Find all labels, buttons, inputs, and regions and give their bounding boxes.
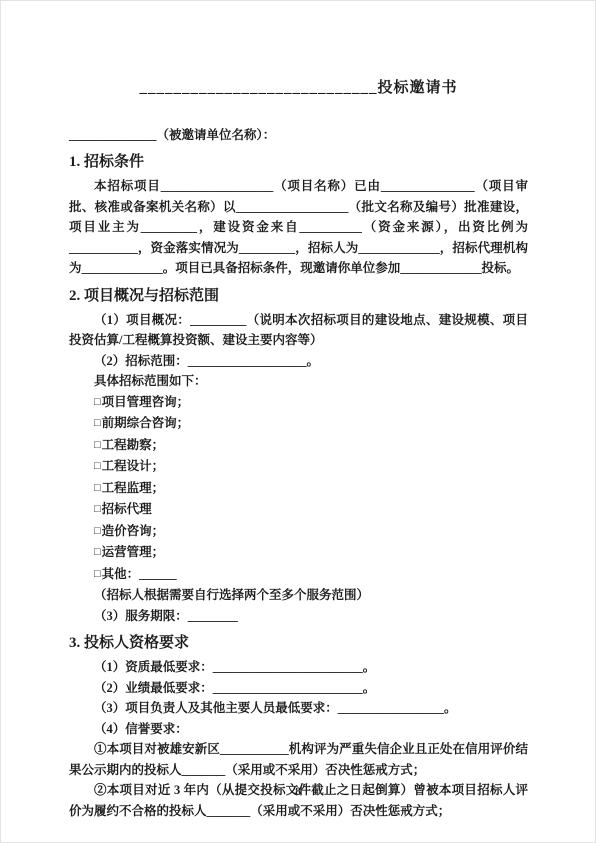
page-number: 8: [1, 786, 595, 798]
para-credit-clause-1: ①本项目对被雄安新区___________机构评为严重失信企业且正处在信用评价结…: [69, 739, 528, 780]
para-scope-intro: 具体招标范围如下：: [69, 371, 528, 392]
scope-option-engineering-survey: □工程勘察；: [94, 435, 528, 457]
title-text: 投标邀请书: [377, 80, 457, 96]
scope-option-label: 前期综合咨询；: [102, 416, 190, 430]
heading-bidder-qualifications: 3. 投标人资格要求: [69, 633, 528, 654]
heading-project-overview: 2. 项目概况与招标范围: [69, 286, 528, 307]
para-personnel-minimum: （3）项目负责人及其他主要人员最低要求：_________________。: [69, 698, 528, 719]
scope-option-label: 项目管理咨询；: [102, 395, 190, 409]
checkbox-icon: □: [94, 435, 101, 456]
salutation-text: （被邀请单位名称）：: [157, 128, 276, 142]
scope-option-operations-management: □运营管理；: [94, 542, 528, 564]
scope-option-label: 工程设计；: [102, 459, 165, 473]
scope-option-other: □其他：______: [94, 564, 528, 586]
checkbox-icon: □: [94, 521, 101, 542]
checkbox-icon: □: [94, 564, 101, 585]
scope-option-label: 其他：______: [102, 567, 177, 581]
para-reputation-requirement: （4）信誉要求：: [69, 719, 528, 740]
heading-bidding-conditions: 1. 招标条件: [69, 152, 528, 173]
scope-option-bidding-agency: □招标代理: [94, 499, 528, 521]
scope-option-engineering-supervision: □工程监理；: [94, 478, 528, 500]
scope-option-engineering-design: □工程设计；: [94, 456, 528, 478]
scope-option-label: 运营管理；: [102, 545, 165, 559]
checkbox-icon: □: [94, 392, 101, 413]
salutation-line: ______________（被邀请单位名称）：: [69, 125, 528, 145]
checkbox-icon: □: [94, 456, 101, 477]
scope-option-label: 造价咨询；: [102, 524, 165, 538]
scope-option-label: 招标代理: [102, 502, 152, 516]
doc-title: ____________________________投标邀请书: [69, 79, 528, 97]
para-scope-note: （招标人根据需要自行选择两个至多个服务范围）: [69, 585, 528, 606]
scope-option-preliminary-consulting: □前期综合咨询；: [94, 413, 528, 435]
document-page: ____________________________投标邀请书 ______…: [0, 0, 596, 843]
scope-option-cost-consulting: □造价咨询；: [94, 521, 528, 543]
para-service-period: （3）服务期限：________: [69, 606, 528, 627]
title-blank-line: ____________________________: [139, 80, 377, 96]
para-bidding-conditions: 本招标项目__________________（项目名称）已由_________…: [69, 176, 528, 279]
scope-option-label: 工程勘察；: [102, 438, 165, 452]
salutation-blank-line: ______________: [69, 128, 157, 142]
checkbox-icon: □: [94, 478, 101, 499]
checkbox-icon: □: [94, 542, 101, 563]
checkbox-icon: □: [94, 413, 101, 434]
scope-option-project-management: □项目管理咨询；: [94, 392, 528, 414]
para-qualification-minimum: （1）资质最低要求：________________________。: [69, 657, 528, 678]
para-project-overview: （1）项目概况：_________（说明本次招标项目的建设地点、建设规模、项目投…: [69, 310, 528, 351]
scope-option-label: 工程监理；: [102, 481, 165, 495]
checkbox-icon: □: [94, 499, 101, 520]
para-performance-minimum: （2）业绩最低要求：________________________。: [69, 678, 528, 699]
para-bid-scope: （2）招标范围：___________________。: [69, 351, 528, 372]
